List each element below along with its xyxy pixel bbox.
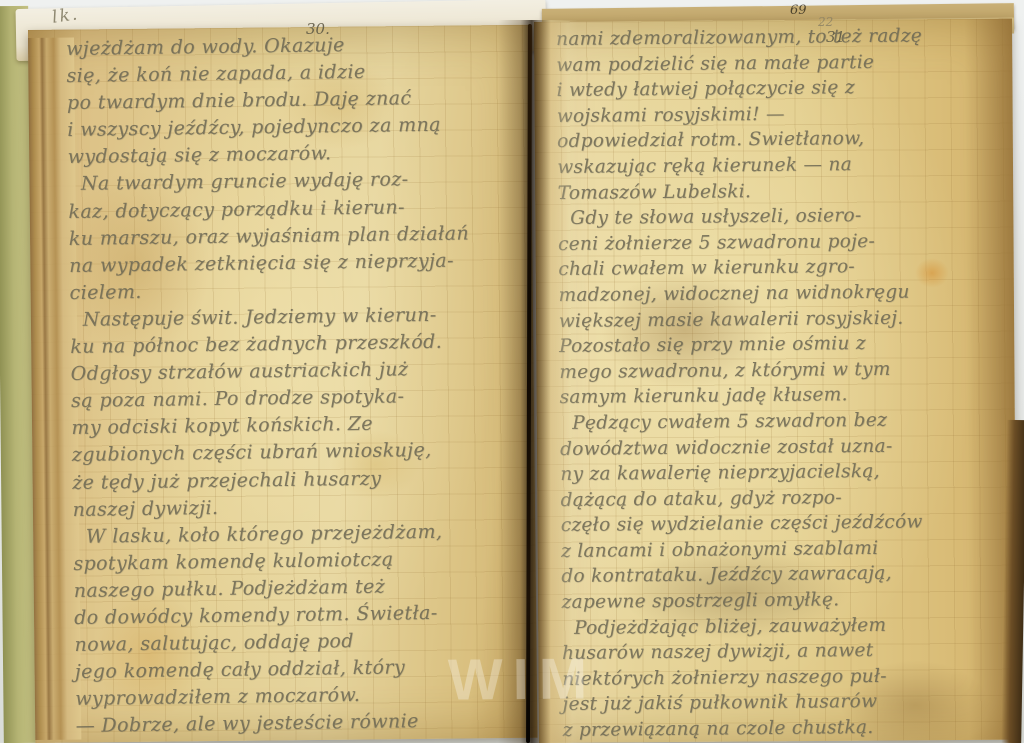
right-page-number: 31 [826, 28, 845, 46]
book-gutter-shadow [498, 20, 578, 743]
faint-page-number: 22 [818, 15, 833, 29]
archive-watermark: WIM [448, 645, 598, 713]
edge-page-number: 69 [790, 3, 807, 18]
left-page-handwriting: wjeżdżam do wody. Okazujesię, że koń nie… [66, 29, 550, 740]
scanned-notebook-photo: lk. wjeżdżam do wody. Okazujesię, że koń… [0, 0, 1024, 743]
top-left-scribble: lk. [51, 4, 81, 28]
left-page-number: 30. [306, 20, 330, 38]
right-page-handwriting: nami zdemoralizowanym, to też radzęwam p… [556, 23, 1024, 743]
handwritten-line: z przewiązaną na czole chustką. [563, 714, 1024, 743]
